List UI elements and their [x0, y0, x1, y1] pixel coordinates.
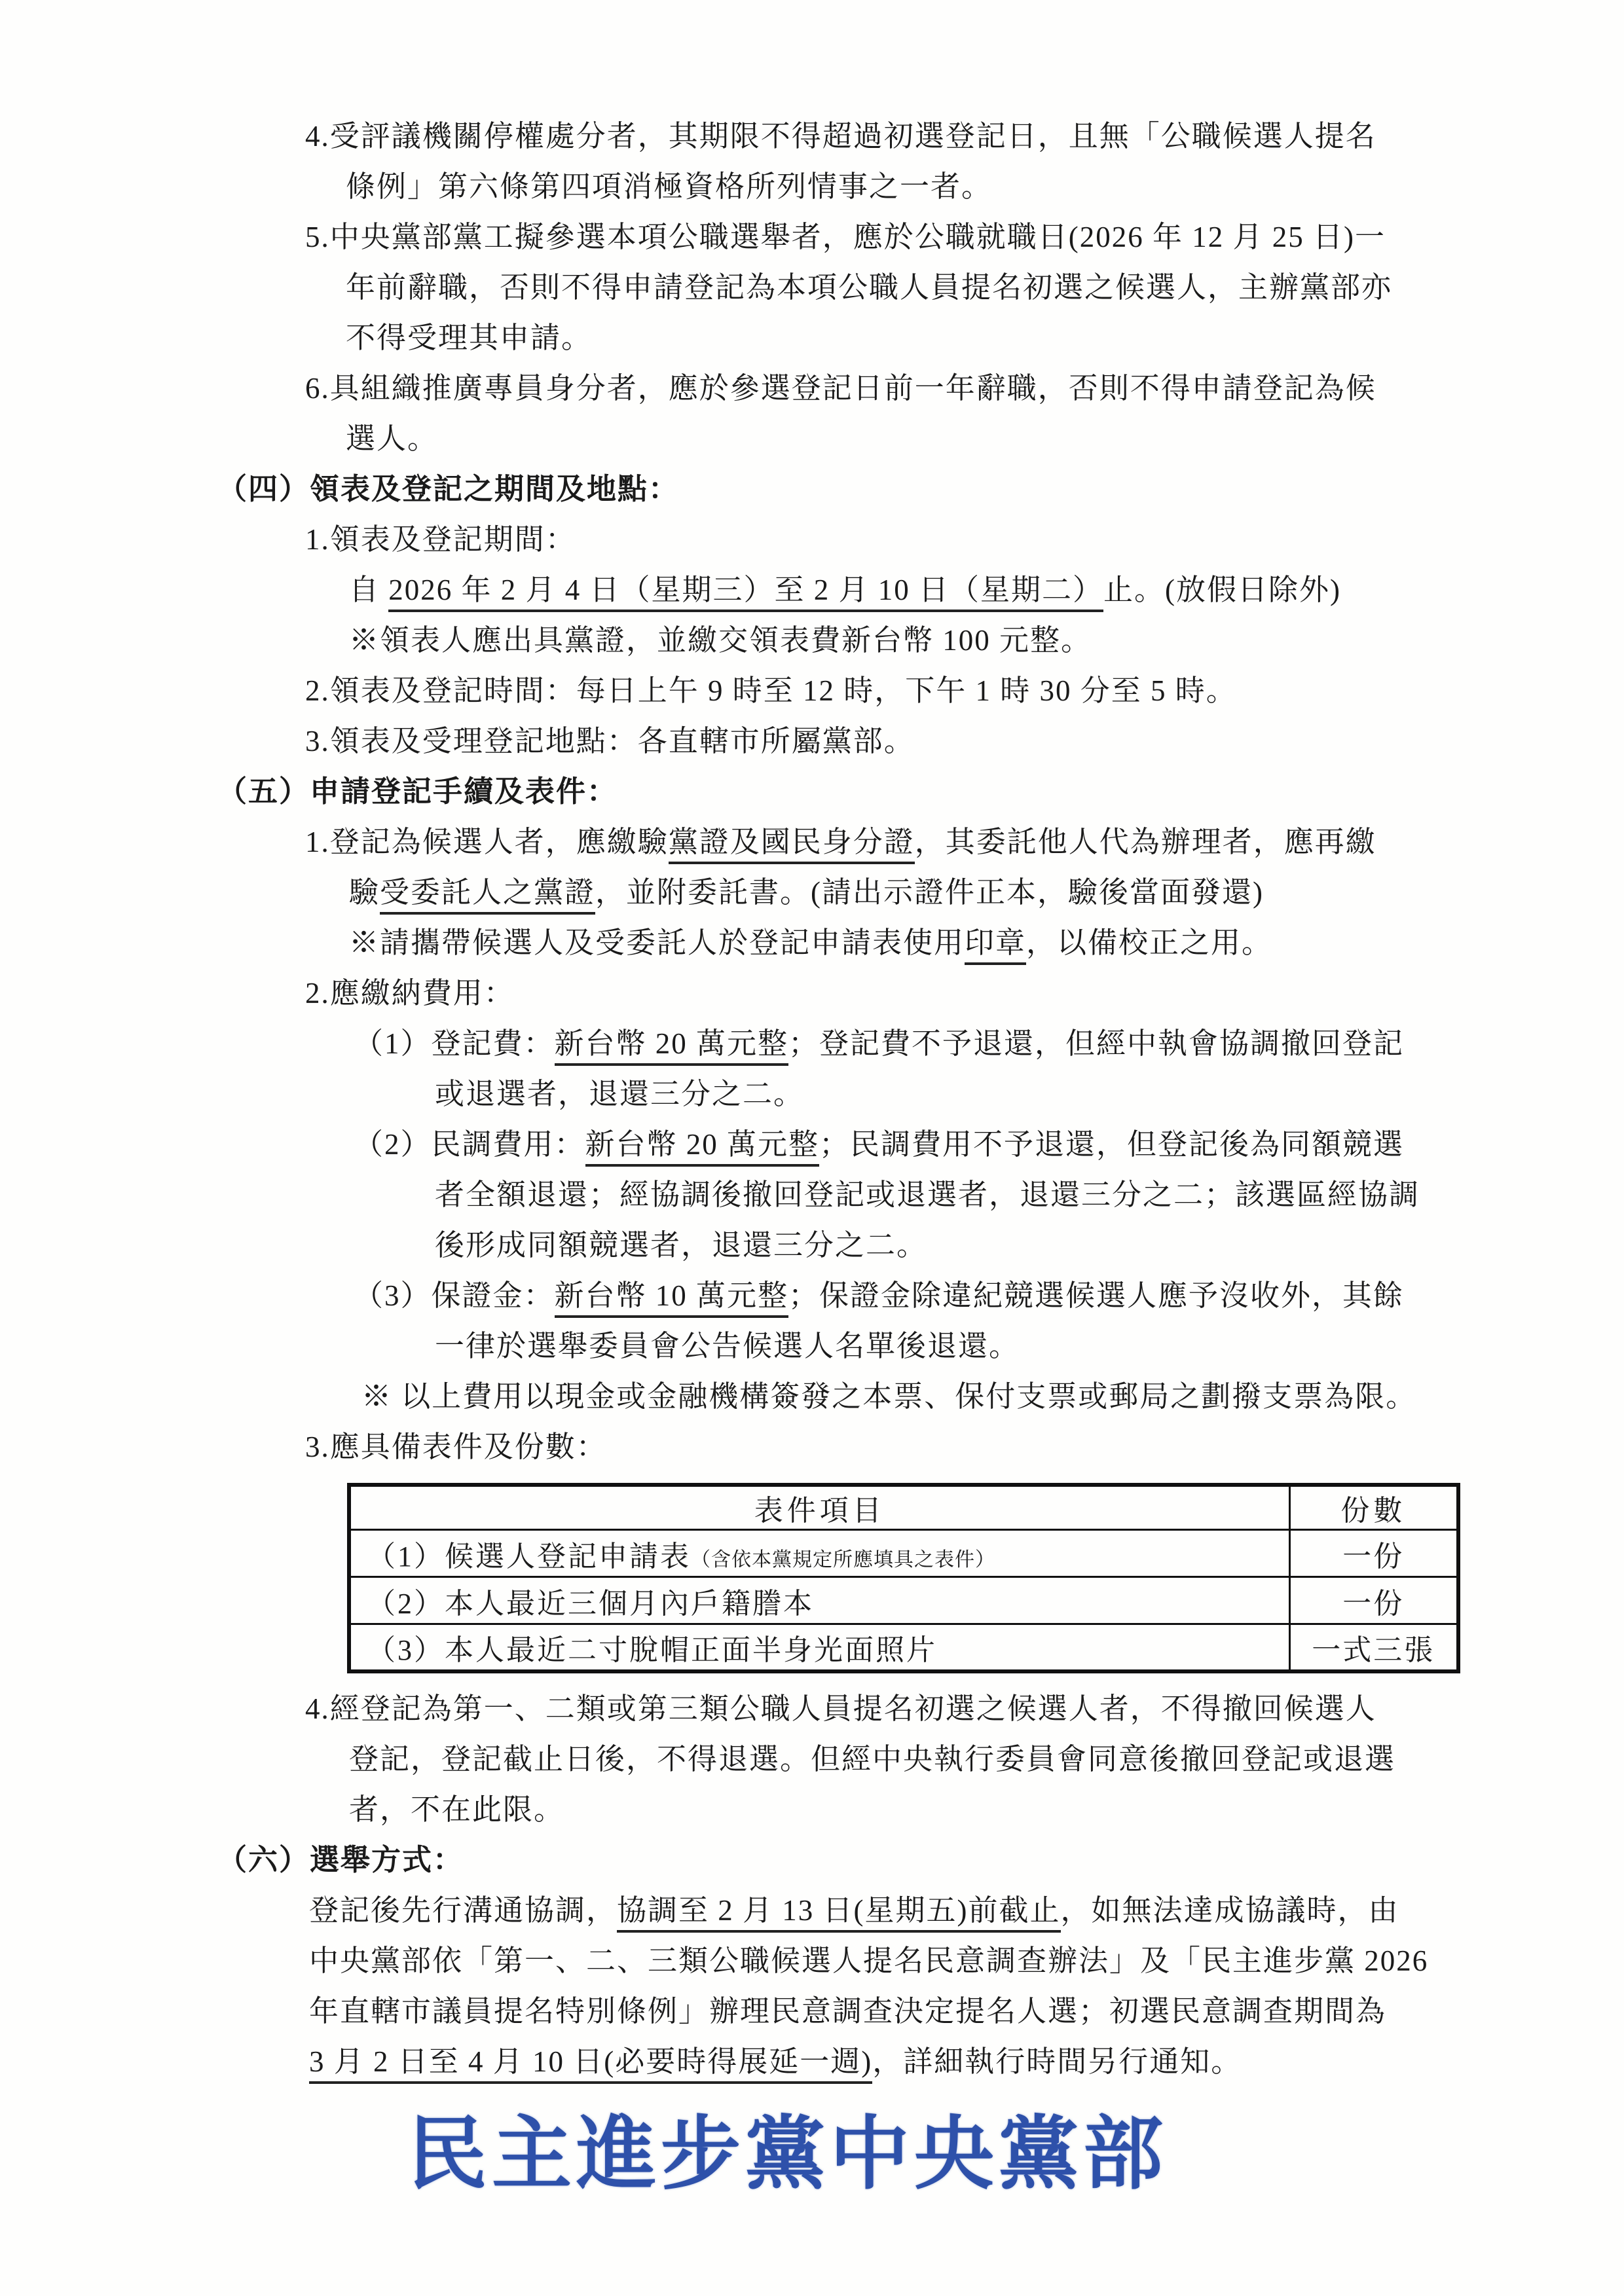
text-segment: 2.領表及登記時間：每日上午 9 時至 12 時，下午 1 時 30 分至 5 …	[305, 674, 1237, 707]
doc-line: 不得受理其申請。	[346, 313, 1624, 363]
doc-line: （2）民調費用：新台幣 20 萬元整；民調費用不予退還，但登記後為同額競選	[354, 1120, 1624, 1170]
doc-line: 登記，登記截止日後，不得退選。但經中央執行委員會同意後撤回登記或退選	[349, 1734, 1624, 1785]
text-segment: 中央黨部依「第一、二、三類公職候選人提名民意調查辦法」及「民主進步黨 2026	[309, 1944, 1428, 1977]
section-heading: （四）領表及登記之期間及地點：	[217, 464, 1624, 515]
doc-line: 5.中央黨部黨工擬參選本項公職選舉者，應於公職就職日(2026 年 12 月 2…	[305, 212, 1624, 263]
doc-line: 或退選者，退還三分之二。	[435, 1069, 1624, 1120]
doc-line: 後形成同額競選者，退還三分之二。	[435, 1220, 1624, 1271]
text-segment: 5.中央黨部黨工擬參選本項公職選舉者，應於公職就職日(2026 年 12 月 2…	[305, 221, 1386, 253]
table-header-item: 表件項目	[349, 1485, 1289, 1530]
text-segment: ；民調費用不予退還，但登記後為同額競選	[819, 1128, 1404, 1161]
text-segment: 驗	[349, 876, 380, 909]
doc-line: 一律於選舉委員會公告候選人名單後退還。	[435, 1321, 1624, 1372]
underlined-text: 黨證及國民身分證	[669, 826, 915, 864]
text-segment: 登記後先行溝通協調，	[309, 1894, 617, 1927]
text-segment: 者全額退還；經協調後撤回登記或退選者，退還三分之二；該選區經協調	[435, 1178, 1420, 1211]
doc-line: 4.受評議機關停權處分者，其期限不得超過初選登記日，且無「公職候選人提名	[305, 111, 1624, 162]
section-heading: （六）選舉方式：	[217, 1835, 1624, 1886]
text-segment: ※ 以上費用以現金或金融機構簽發之本票、保付支票或郵局之劃撥支票為限。	[361, 1380, 1416, 1413]
underlined-text: 印章	[965, 926, 1026, 965]
party-stamp: 民主進步黨中央黨部	[407, 2109, 1624, 2201]
table-item-text: （2）本人最近三個月內戶籍謄本	[367, 1588, 814, 1620]
text-segment: ；登記費不予退還，但經中執會協調撤回登記	[788, 1027, 1404, 1060]
text-segment: （五）申請登記手續及表件：	[217, 775, 618, 808]
text-segment: 1.領表及登記期間：	[305, 523, 576, 556]
text-segment: ，詳細執行時間另行通知。	[872, 2045, 1242, 2078]
doc-line: 1.領表及登記期間：	[305, 515, 1624, 565]
table-header-count: 份數	[1289, 1485, 1458, 1530]
doc-line: 選人。	[346, 414, 1624, 464]
text-segment: ，如無法達成協議時，由	[1061, 1894, 1399, 1927]
doc-line: 3.領表及受理登記地點：各直轄市所屬黨部。	[305, 716, 1624, 767]
text-segment: 自	[349, 574, 388, 606]
underlined-text: 新台幣 20 萬元整	[555, 1027, 789, 1066]
table-item-text: （1）候選人登記申請表	[367, 1540, 691, 1573]
text-segment: 或退選者，退還三分之二。	[435, 1078, 804, 1110]
text-segment: 年直轄市議員提名特別條例」辦理民意調查決定提名人選；初選民意調查期間為	[309, 1995, 1386, 2028]
text-segment: 條例」第六條第四項消極資格所列情事之一者。	[346, 170, 992, 203]
doc-line: 登記後先行溝通協調，協調至 2 月 13 日(星期五)前截止，如無法達成協議時，…	[309, 1886, 1624, 1936]
underlined-text: 協調至 2 月 13 日(星期五)前截止	[617, 1894, 1060, 1933]
documents-table: 表件項目 份數 （1）候選人登記申請表（含依本黨規定所應填具之表件） 一份 （2…	[347, 1483, 1460, 1673]
doc-line: 6.具組織推廣專員身分者，應於參選登記日前一年辭職，否則不得申請登記為候	[305, 363, 1624, 414]
doc-line: 條例」第六條第四項消極資格所列情事之一者。	[346, 162, 1624, 212]
text-segment: 年前辭職，否則不得申請登記為本項公職人員提名初選之候選人，主辦黨部亦	[346, 271, 1392, 304]
doc-line: 1.登記為候選人者，應繳驗黨證及國民身分證，其委託他人代為辦理者，應再繳	[305, 817, 1624, 867]
text-segment: 不得受理其申請。	[346, 321, 592, 354]
text-segment: ，其委託他人代為辦理者，應再繳	[915, 826, 1376, 858]
text-segment: 6.具組織推廣專員身分者，應於參選登記日前一年辭職，否則不得申請登記為候	[305, 372, 1376, 405]
table-item-note: （含依本黨規定所應填具之表件）	[691, 1549, 995, 1571]
doc-line: （3）保證金：新台幣 10 萬元整；保證金除違紀競選候選人應予沒收外，其餘	[354, 1271, 1624, 1321]
doc-line: 自 2026 年 2 月 4 日（星期三）至 2 月 10 日（星期二）止。(放…	[349, 565, 1624, 615]
doc-line: 3.應具備表件及份數：	[305, 1422, 1624, 1472]
text-segment: 1.登記為候選人者，應繳驗	[305, 826, 669, 858]
text-segment: （3）保證金：	[354, 1279, 555, 1312]
text-segment: （1）登記費：	[354, 1027, 555, 1060]
text-segment: 2.應繳納費用：	[305, 977, 515, 1010]
text-segment: ※領表人應出具黨證，並繳交領表費新台幣 100 元整。	[349, 624, 1092, 657]
document-page: 4.受評議機關停權處分者，其期限不得超過初選登記日，且無「公職候選人提名 條例」…	[0, 0, 1624, 2201]
text-segment: 4.經登記為第一、二類或第三類公職人員提名初選之候選人者，不得撤回候選人	[305, 1692, 1376, 1725]
text-segment: （四）領表及登記之期間及地點：	[217, 473, 679, 505]
table-cell-item: （2）本人最近三個月內戶籍謄本	[349, 1577, 1289, 1624]
doc-line: ※ 以上費用以現金或金融機構簽發之本票、保付支票或郵局之劃撥支票為限。	[361, 1372, 1624, 1422]
underlined-text: 3 月 2 日至 4 月 10 日(必要時得展延一週)	[309, 2045, 872, 2084]
text-segment: 止。(放假日除外)	[1103, 574, 1341, 606]
table-item-text: （3）本人最近二寸脫帽正面半身光面照片	[367, 1634, 937, 1666]
text-segment: 3.應具備表件及份數：	[305, 1430, 607, 1463]
text-segment: ，並附委託書。(請出示證件正本，驗後當面發還)	[595, 876, 1264, 909]
text-segment: 者，不在此限。	[349, 1793, 564, 1826]
doc-line: 者全額退還；經協調後撤回登記或退選者，退還三分之二；該選區經協調	[435, 1170, 1624, 1220]
table-row: （1）候選人登記申請表（含依本黨規定所應填具之表件） 一份	[349, 1530, 1458, 1577]
text-segment: ；保證金除違紀競選候選人應予沒收外，其餘	[788, 1279, 1404, 1312]
doc-line: 3 月 2 日至 4 月 10 日(必要時得展延一週)，詳細執行時間另行通知。	[309, 2037, 1624, 2087]
text-segment: 3.領表及受理登記地點：各直轄市所屬黨部。	[305, 725, 915, 757]
text-segment: （六）選舉方式：	[217, 1844, 464, 1876]
text-segment: 一律於選舉委員會公告候選人名單後退還。	[435, 1330, 1020, 1362]
table-cell-item: （1）候選人登記申請表（含依本黨規定所應填具之表件）	[349, 1530, 1289, 1577]
doc-line: 中央黨部依「第一、二、三類公職候選人提名民意調查辦法」及「民主進步黨 2026	[309, 1936, 1624, 1986]
underlined-text: 受委託人之黨證	[380, 876, 595, 915]
doc-line: ※請攜帶候選人及受委託人於登記申請表使用印章，以備校正之用。	[349, 918, 1624, 968]
section-heading: （五）申請登記手續及表件：	[217, 767, 1624, 817]
text-segment: ※請攜帶候選人及受委託人於登記申請表使用	[349, 926, 965, 959]
table-cell-count: 一份	[1289, 1577, 1458, 1624]
text-segment: ，以備校正之用。	[1026, 926, 1272, 959]
doc-line: 2.應繳納費用：	[305, 968, 1624, 1019]
table-header-row: 表件項目 份數	[349, 1485, 1458, 1530]
doc-line: 2.領表及登記時間：每日上午 9 時至 12 時，下午 1 時 30 分至 5 …	[305, 666, 1624, 716]
doc-line: （1）登記費：新台幣 20 萬元整；登記費不予退還，但經中執會協調撤回登記	[354, 1019, 1624, 1069]
doc-line: ※領表人應出具黨證，並繳交領表費新台幣 100 元整。	[349, 615, 1624, 666]
text-segment: 4.受評議機關停權處分者，其期限不得超過初選登記日，且無「公職候選人提名	[305, 120, 1376, 153]
table-row: （2）本人最近三個月內戶籍謄本 一份	[349, 1577, 1458, 1624]
doc-line: 者，不在此限。	[349, 1785, 1624, 1835]
table-cell-item: （3）本人最近二寸脫帽正面半身光面照片	[349, 1624, 1289, 1671]
table-row: （3）本人最近二寸脫帽正面半身光面照片 一式三張	[349, 1624, 1458, 1671]
underlined-text: 新台幣 20 萬元整	[585, 1128, 820, 1167]
doc-line: 驗受委託人之黨證，並附委託書。(請出示證件正本，驗後當面發還)	[349, 867, 1624, 918]
table-cell-count: 一份	[1289, 1530, 1458, 1577]
table-cell-count: 一式三張	[1289, 1624, 1458, 1671]
text-segment: 選人。	[346, 422, 438, 455]
doc-line: 年前辭職，否則不得申請登記為本項公職人員提名初選之候選人，主辦黨部亦	[346, 263, 1624, 313]
text-segment: （2）民調費用：	[354, 1128, 585, 1161]
text-segment: 登記，登記截止日後，不得退選。但經中央執行委員會同意後撤回登記或退選	[349, 1743, 1395, 1776]
underlined-text: 新台幣 10 萬元整	[555, 1279, 789, 1318]
doc-line: 4.經登記為第一、二類或第三類公職人員提名初選之候選人者，不得撤回候選人	[305, 1684, 1624, 1734]
text-segment: 後形成同額競選者，退還三分之二。	[435, 1229, 927, 1262]
doc-line: 年直轄市議員提名特別條例」辦理民意調查決定提名人選；初選民意調查期間為	[309, 1986, 1624, 2037]
underlined-text: 2026 年 2 月 4 日（星期三）至 2 月 10 日（星期二）	[388, 574, 1103, 612]
